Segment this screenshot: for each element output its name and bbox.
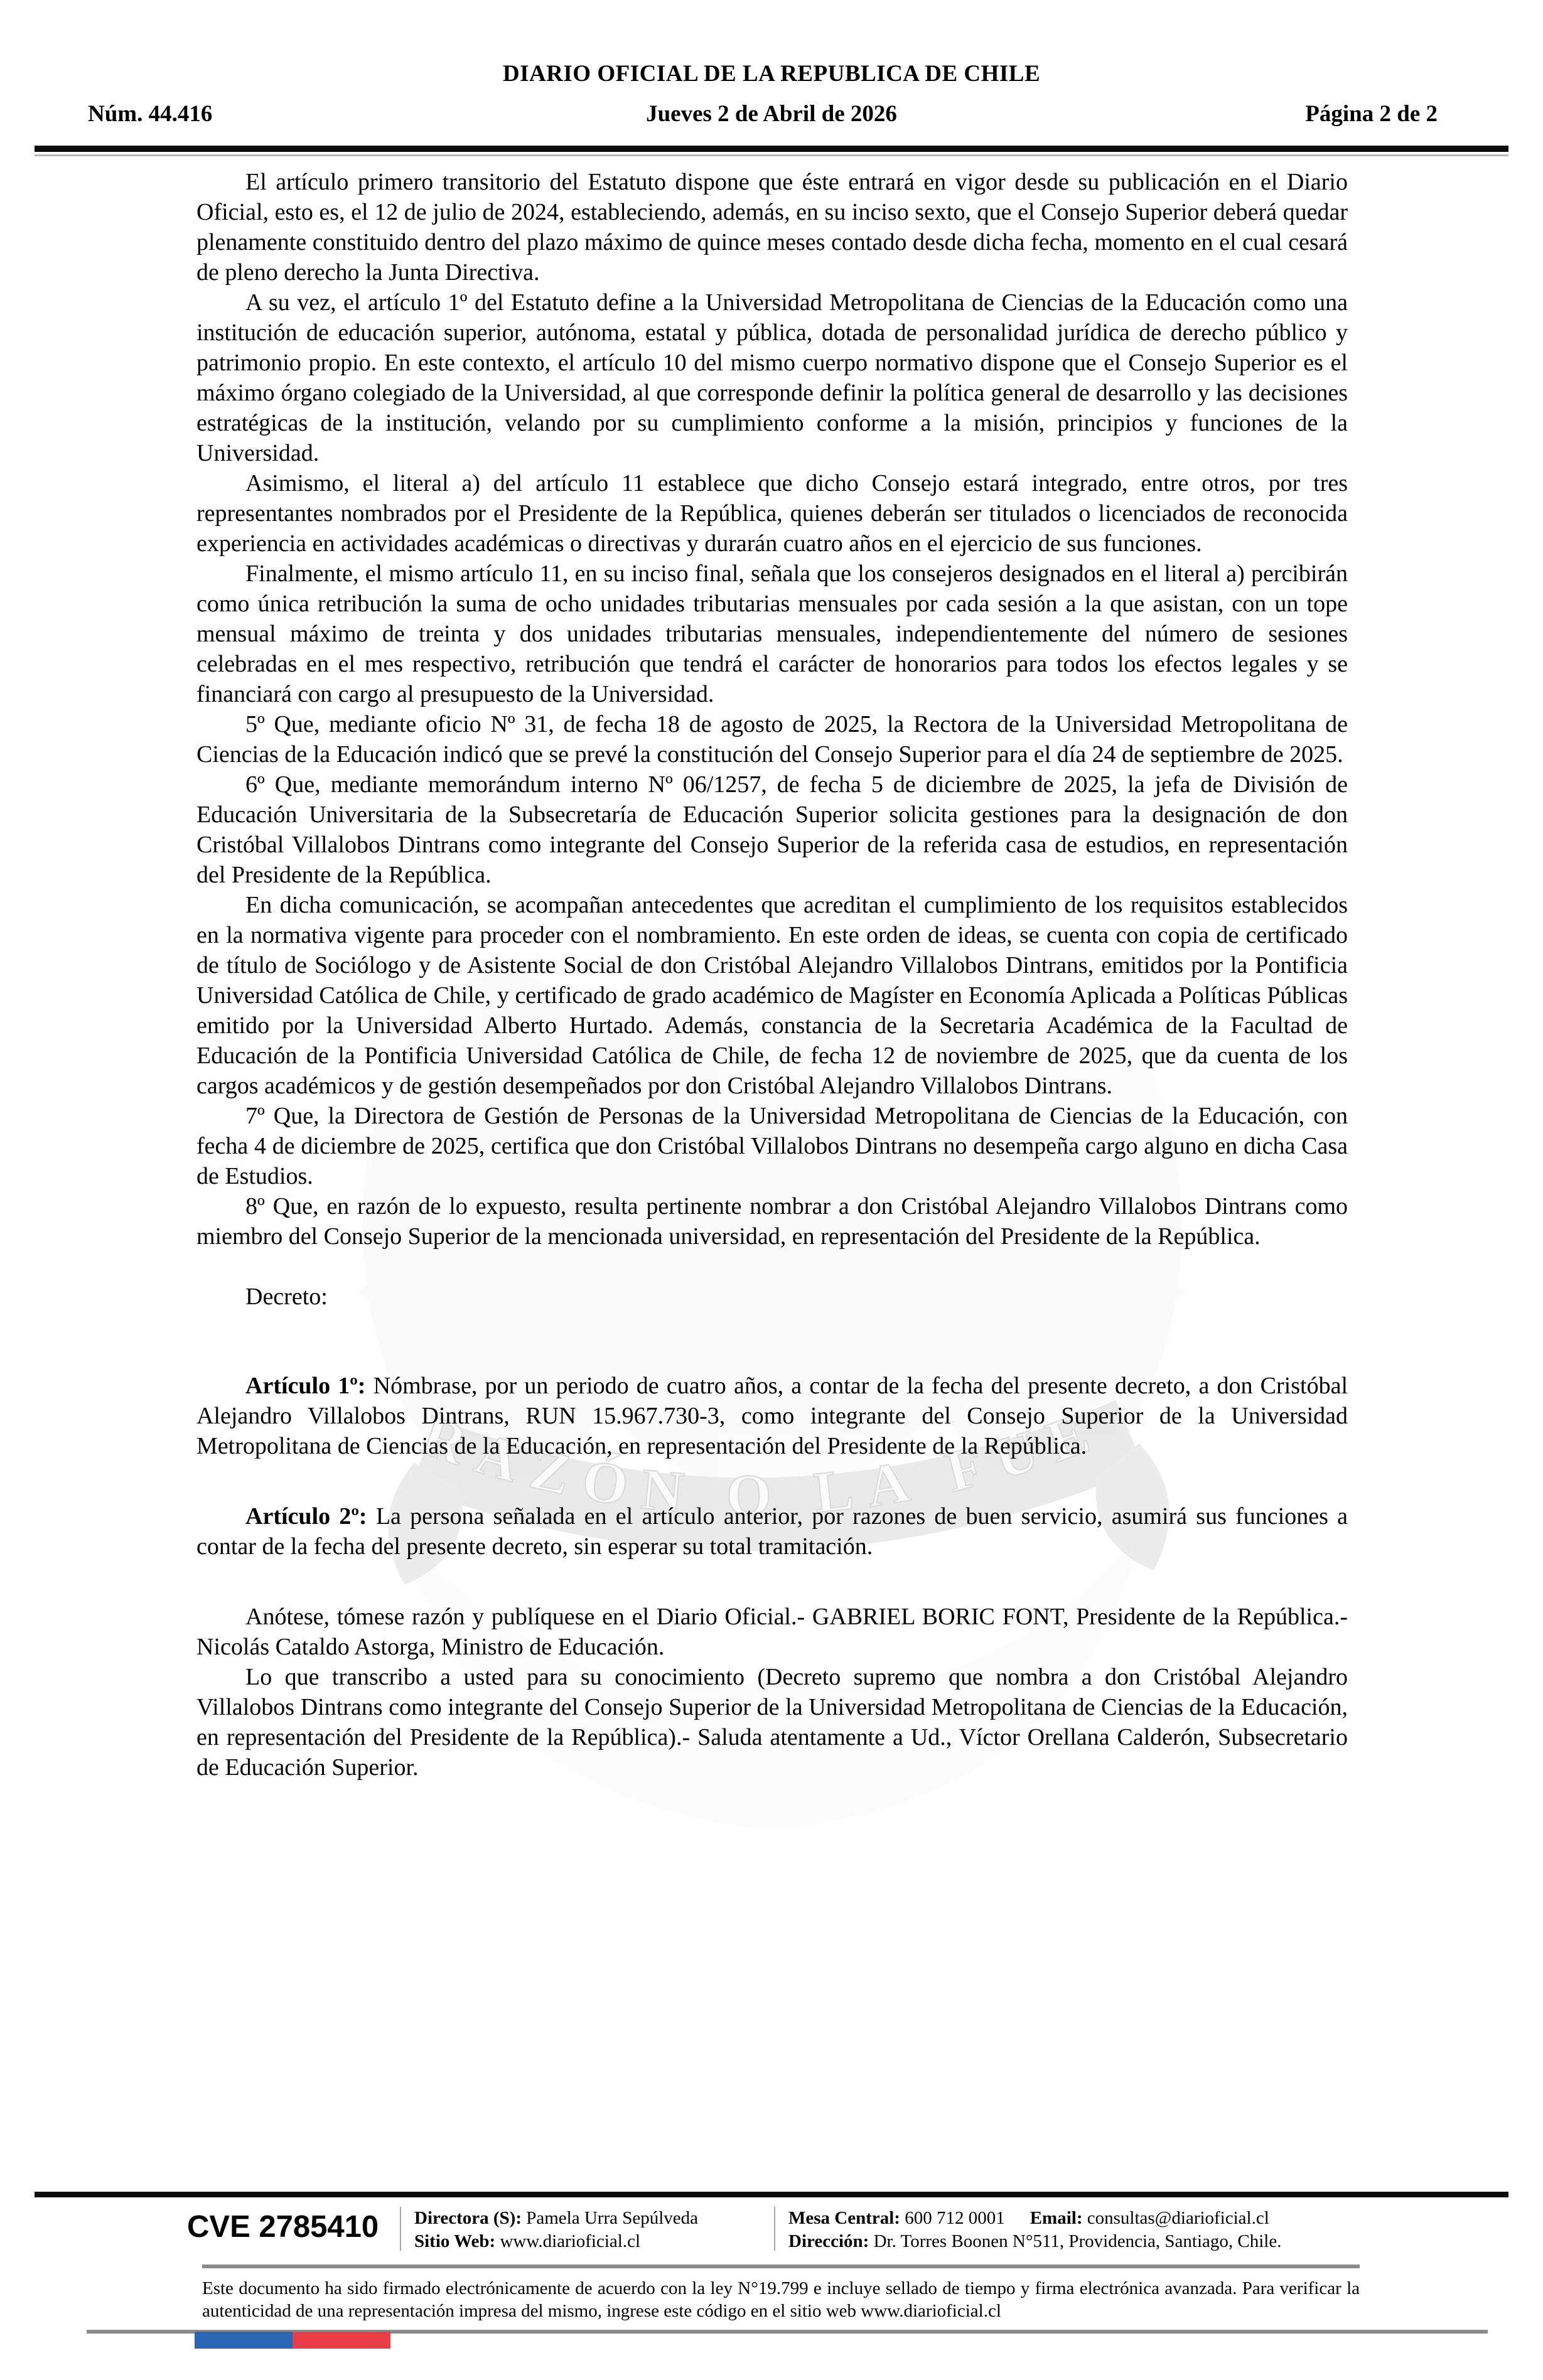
flag-red-bar	[293, 2332, 390, 2349]
email-label: Email:	[1030, 2208, 1083, 2228]
paragraph-retribucion-consejeros: Finalmente, el mismo artículo 11, en su …	[196, 559, 1348, 709]
paragraph-articulo-11-literal-a: Asimismo, el literal a) del artículo 11 …	[196, 468, 1348, 559]
paragraph-articulo-2-decreto: Artículo 2º: La persona señalada en el a…	[196, 1501, 1348, 1562]
phone-number: 600 712 0001	[905, 2208, 1005, 2228]
director-name: Pamela Urra Sepúlveda	[526, 2208, 698, 2228]
email-address[interactable]: consultas@diarioficial.cl	[1087, 2208, 1269, 2228]
phone-email-line: Mesa Central: 600 712 0001Email: consult…	[788, 2207, 1281, 2230]
paragraph-considerando-5: 5º Que, mediante oficio Nº 31, de fecha …	[196, 709, 1348, 769]
address-label: Dirección:	[788, 2231, 869, 2251]
address-line: Dirección: Dr. Torres Boonen N°511, Prov…	[788, 2230, 1281, 2253]
articulo-1-label: Artículo 1º:	[245, 1373, 365, 1399]
footer-top-rule	[35, 2192, 1508, 2197]
website-url[interactable]: www.diarioficial.cl	[500, 2231, 640, 2251]
articulo-2-text: La persona señalada en el artículo anter…	[196, 1503, 1348, 1560]
paragraph-articulo-1-decreto: Artículo 1º: Nómbrase, por un periodo de…	[196, 1371, 1348, 1461]
director-label: Directora (S):	[414, 2208, 522, 2228]
paragraph-considerando-8: 8º Que, en razón de lo expuesto, resulta…	[196, 1191, 1348, 1252]
paragraph-anotese: Anótese, tómese razón y publíquese en el…	[196, 1602, 1348, 1662]
footer-director-column: Directora (S): Pamela Urra Sepúlveda Sit…	[414, 2207, 698, 2253]
website-line: Sitio Web: www.diarioficial.cl	[414, 2230, 698, 2253]
flag-blue-bar	[195, 2332, 293, 2349]
gazette-page: DIARIO OFICIAL DE LA REPUBLICA DE CHILE …	[0, 0, 1543, 2380]
header-divider-shadow	[35, 154, 1508, 156]
decree-heading: Decreto:	[196, 1282, 1348, 1312]
cve-code: CVE 2785410	[187, 2202, 397, 2252]
paragraph-articulo-1-estatuto: A su vez, el artículo 1º del Estatuto de…	[196, 287, 1348, 468]
footer-gray-rule-top	[202, 2265, 1360, 2268]
address-text: Dr. Torres Boonen N°511, Providencia, Sa…	[874, 2231, 1282, 2251]
chile-flag-logo	[195, 2332, 390, 2349]
footer-divider-1	[400, 2207, 401, 2251]
footer-contact-column: Mesa Central: 600 712 0001Email: consult…	[788, 2207, 1281, 2253]
page-title: DIARIO OFICIAL DE LA REPUBLICA DE CHILE	[0, 60, 1543, 87]
document-body: El artículo primero transitorio del Esta…	[196, 167, 1348, 1782]
website-label: Sitio Web:	[414, 2231, 495, 2251]
paragraph-transcripcion: Lo que transcribo a usted para su conoci…	[196, 1662, 1348, 1782]
page-indicator: Página 2 de 2	[1305, 100, 1438, 127]
footer-divider-2	[774, 2207, 775, 2251]
electronic-signature-notice: Este documento ha sido firmado electróni…	[202, 2277, 1360, 2322]
paragraph-estatuto-vigor: El artículo primero transitorio del Esta…	[196, 167, 1348, 287]
paragraph-considerando-6: 6º Que, mediante memorándum interno Nº 0…	[196, 769, 1348, 890]
header-divider	[35, 146, 1508, 152]
paragraph-considerando-7: 7º Que, la Directora de Gestión de Perso…	[196, 1101, 1348, 1191]
articulo-1-text: Nómbrase, por un periodo de cuatro años,…	[196, 1373, 1348, 1459]
paragraph-antecedentes: En dicha comunicación, se acompañan ante…	[196, 890, 1348, 1101]
director-line: Directora (S): Pamela Urra Sepúlveda	[414, 2207, 698, 2230]
phone-label: Mesa Central:	[788, 2208, 900, 2228]
articulo-2-label: Artículo 2º:	[245, 1503, 367, 1530]
